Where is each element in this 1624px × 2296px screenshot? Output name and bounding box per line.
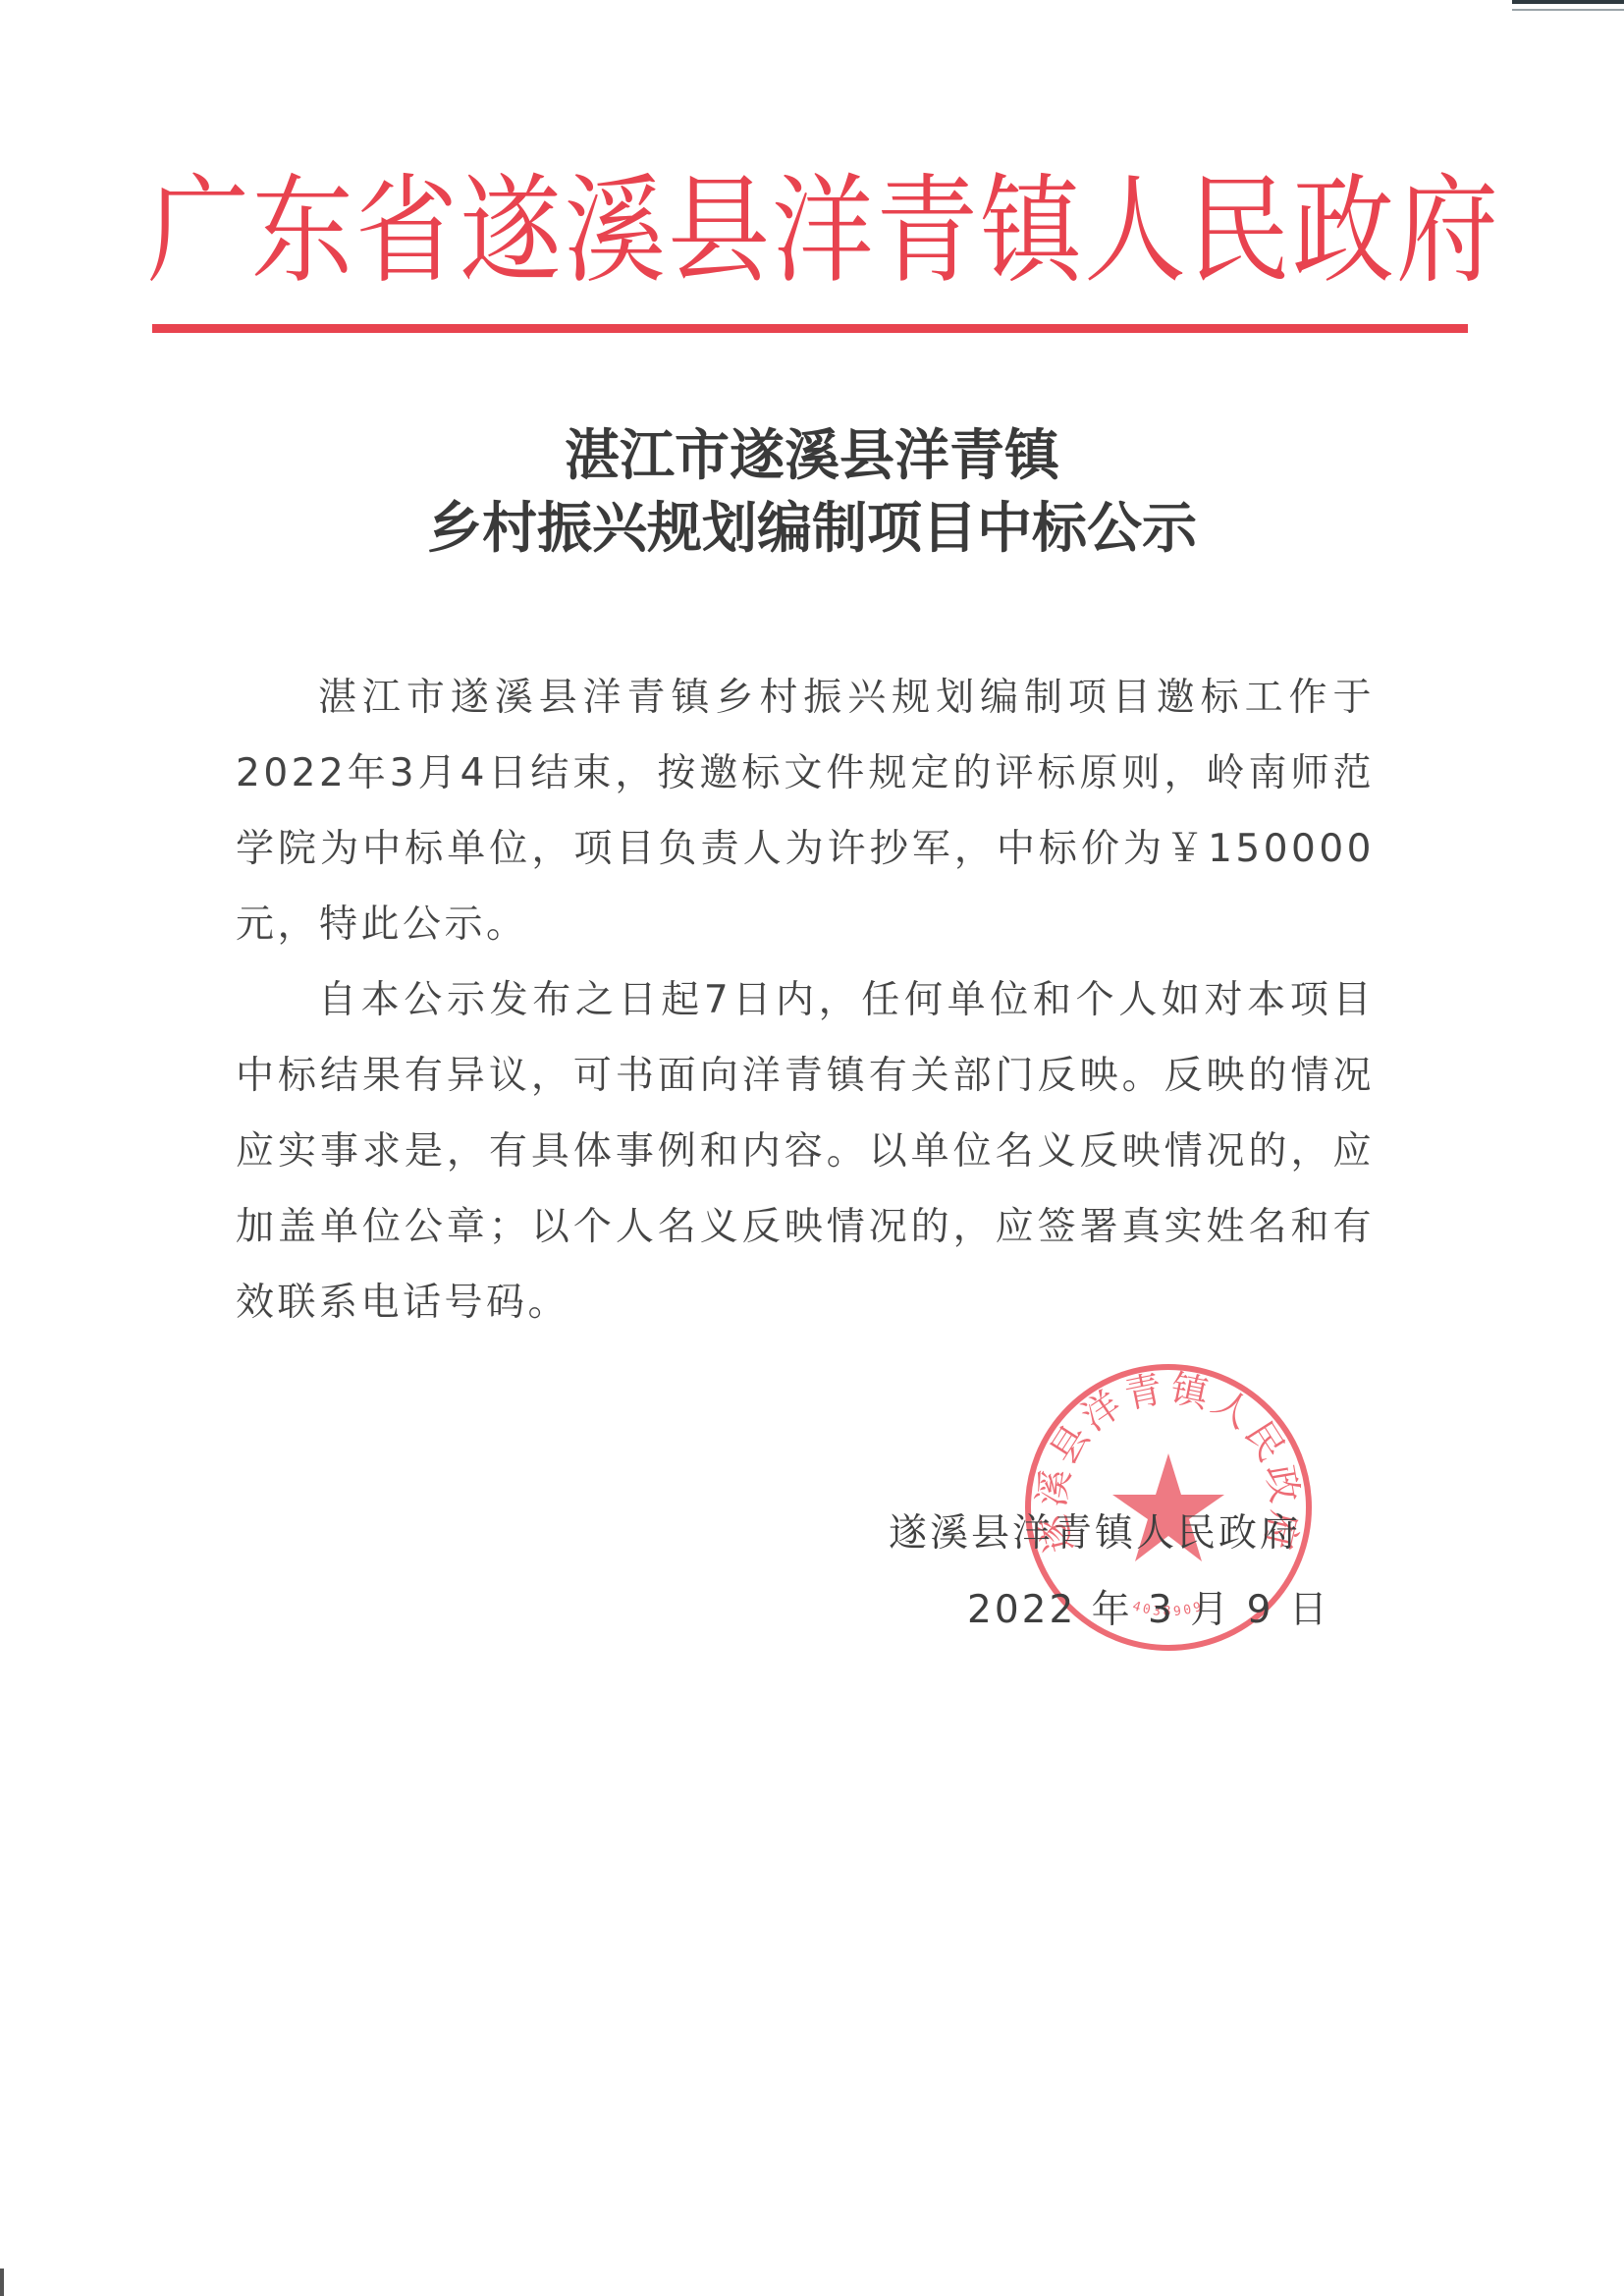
paragraph-objection-notice: 自本公示发布之日起7日内，任何单位和个人如对本项目中标结果有异议，可书面向洋青镇… [236, 962, 1375, 1340]
paragraph-award-result: 湛江市遂溪县洋青镇乡村振兴规划编制项目邀标工作于2022年3月4日结束，按邀标文… [236, 660, 1375, 962]
document-title-line-1: 湛江市遂溪县洋青镇 [196, 420, 1428, 493]
signing-organization: 遂溪县洋青镇人民政府 [889, 1503, 1301, 1558]
scan-border-top [1512, 0, 1624, 4]
signing-date: 2022 年 3 月 9 日 [967, 1579, 1330, 1634]
scan-border-left [0, 2269, 4, 2296]
document-body: 湛江市遂溪县洋青镇乡村振兴规划编制项目邀标工作于2022年3月4日结束，按邀标文… [236, 660, 1375, 1340]
letterhead-red-rule [152, 324, 1468, 333]
letterhead-title: 广东省遂溪县洋青镇人民政府 [147, 157, 1473, 304]
document-title: 湛江市遂溪县洋青镇 乡村振兴规划编制项目中标公示 [196, 420, 1428, 566]
scan-border-line [1512, 9, 1624, 11]
document-title-line-2: 乡村振兴规划编制项目中标公示 [196, 493, 1428, 566]
